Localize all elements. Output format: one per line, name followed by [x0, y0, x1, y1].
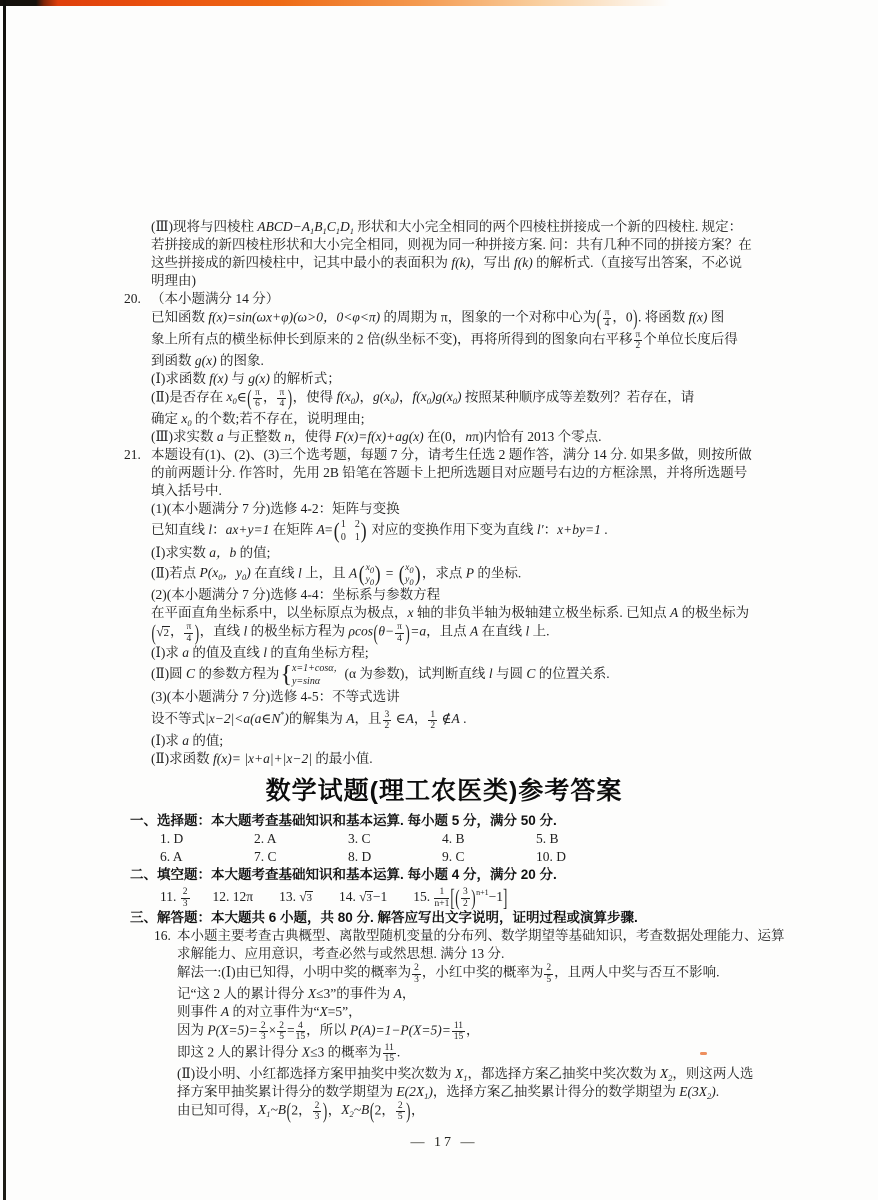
- text-line: (Ⅰ)求 a 的值;: [151, 732, 764, 750]
- text-line: 在平面直角坐标系中，以坐标原点为极点，x 轴的非负半轴为极轴建立极坐标系. 已知…: [151, 604, 764, 622]
- text-line: 求解能力、应用意识，考查必然与或然思想. 满分 13 分.: [177, 945, 764, 963]
- exam-content: (Ⅲ)现将与四棱柱 ABCD−A1B1C1D1 形状和大小完全相同的两个四棱柱拼…: [124, 218, 764, 1151]
- text-line: (Ⅱ)圆 C 的参数方程为{x=1+cosα，y=sinα(α 为参数)，试判断…: [151, 662, 764, 688]
- text-line: (Ⅱ)若点 P(x0，y0) 在直线 l 上，且 A(x0y0) = (x0y0…: [151, 562, 764, 587]
- text-line: (Ⅲ)求实数 a 与正整数 n，使得 F(x)=f(x)+ag(x) 在(0，n…: [151, 428, 764, 446]
- text-line: 因为 P(X=5)=23×25=415，所以 P(A)=1−P(X=5)=111…: [177, 1021, 764, 1043]
- text-line: 若拼接成的新四棱柱形状和大小完全相同，则视为同一种拼接方案. 问：共有几种不同的…: [151, 236, 764, 254]
- text-line: 的前两题计分. 作答时，先用 2B 铅笔在答题卡上把所选题目对应题号右边的方框涂…: [151, 464, 764, 482]
- text-line: 即这 2 人的累计得分 X≤3 的概率为1115.: [177, 1043, 764, 1065]
- text-line: (Ⅱ)设小明、小红都选择方案甲抽奖中奖次数为 X1，都选择方案乙抽奖中奖次数为 …: [177, 1065, 764, 1083]
- text-line: (1)(本小题满分 7 分)选修 4-2：矩阵与变换: [151, 500, 764, 518]
- text-line: 11. 2312. 12π13. √314. √3−115. 1n+1[(32)…: [160, 884, 764, 909]
- text-line: (Ⅰ)求实数 a，b 的值;: [151, 544, 764, 562]
- scan-top-edge-artifact: [0, 0, 680, 6]
- page-number: — 17 —: [124, 1135, 764, 1151]
- text-line: (Ⅰ)求函数 f(x) 与 g(x) 的解析式；: [151, 370, 764, 388]
- scan-left-edge-artifact: [3, 0, 6, 1200]
- text-line: 一、选择题：本大题考查基础知识和基本运算. 每小题 5 分，满分 50 分.: [130, 812, 764, 830]
- text-line: 象上所有点的横坐标伸长到原来的 2 倍(纵坐标不变)，再将所得到的图象向右平移π…: [151, 330, 764, 352]
- text-line: 择方案甲抽奖累计得分的数学期望为 E(2X1)，选择方案乙抽奖累计得分的数学期望…: [177, 1083, 764, 1101]
- text-line: 三、解答题：本大题共 6 小题，共 80 分. 解答应写出文字说明，证明过程或演…: [130, 909, 764, 927]
- text-line: 21.本题设有(1)、(2)、(3)三个选考题，每题 7 分，请考生任选 2 题…: [124, 446, 764, 464]
- scanned-exam-page: (Ⅲ)现将与四棱柱 ABCD−A1B1C1D1 形状和大小完全相同的两个四棱柱拼…: [0, 0, 878, 1200]
- text-line: (Ⅱ)是否存在 x0∈(π6，π4)，使得 f(x0)，g(x0)，f(x0)g…: [151, 388, 764, 410]
- text-line: 二、填空题：本大题考查基础知识和基本运算. 每小题 4 分，满分 20 分.: [130, 866, 764, 884]
- questions-section: (Ⅲ)现将与四棱柱 ABCD−A1B1C1D1 形状和大小完全相同的两个四棱柱拼…: [124, 218, 764, 768]
- text-line: 20.（本小题满分 14 分）: [124, 290, 764, 308]
- text-line: (Ⅲ)现将与四棱柱 ABCD−A1B1C1D1 形状和大小完全相同的两个四棱柱拼…: [151, 218, 764, 236]
- text-line: (√2，π4)，直线 l 的极坐标方程为 ρcos(θ−π4)=a，且点 A 在…: [151, 622, 764, 644]
- text-line: 记“这 2 人的累计得分 X≤3”的事件为 A，: [177, 985, 764, 1003]
- text-line: 解法一:(Ⅰ)由已知得，小明中奖的概率为23，小红中奖的概率为25，且两人中奖与…: [177, 963, 764, 985]
- text-line: 已知函数 f(x)=sin(ωx+φ)(ω>0，0<φ<π) 的周期为 π，图象…: [151, 308, 764, 330]
- text-line: 则事件 A 的对立事件为“X=5”，: [177, 1003, 764, 1021]
- text-line: 填入括号中.: [151, 482, 764, 500]
- text-line: (Ⅰ)求 a 的值及直线 l 的直角坐标方程;: [151, 644, 764, 662]
- text-line: (2)(本小题满分 7 分)选修 4-4：坐标系与参数方程: [151, 586, 764, 604]
- answers-section-title: 数学试题(理工农医类)参考答案: [124, 774, 764, 808]
- text-line: 这些拼接成的新四棱柱中，记其中最小的表面积为 f(k)，写出 f(k) 的解析式…: [151, 254, 764, 272]
- text-line: 设不等式|x−2|<a(a∈N*)的解集为 A，且32 ∈A，12 ∉A .: [151, 706, 764, 731]
- text-line: 已知直线 l：ax+y=1 在矩阵 A=(1201) 对应的变换作用下变为直线 …: [151, 518, 764, 544]
- text-line: 由已知可得，X1~B(2，23)，X2~B(2，25)，: [177, 1101, 764, 1123]
- text-line: 6. A7. C8. D9. C10. D: [160, 848, 764, 866]
- text-line: (3)(本小题满分 7 分)选修 4-5：不等式选讲: [151, 688, 764, 706]
- text-line: 1. D2. A3. C4. B5. B: [160, 830, 764, 848]
- text-line: (Ⅱ)求函数 f(x)= |x+a|+|x−2| 的最小值.: [151, 750, 764, 768]
- text-line: 确定 x0 的个数;若不存在，说明理由;: [151, 410, 764, 428]
- answers-section: 一、选择题：本大题考查基础知识和基本运算. 每小题 5 分，满分 50 分.1.…: [124, 812, 764, 1123]
- text-line: 到函数 g(x) 的图象.: [151, 352, 764, 370]
- text-line: 明理由): [151, 272, 764, 290]
- text-line: 16.本小题主要考查古典概型、离散型随机变量的分布列、数学期望等基础知识，考查数…: [154, 927, 764, 945]
